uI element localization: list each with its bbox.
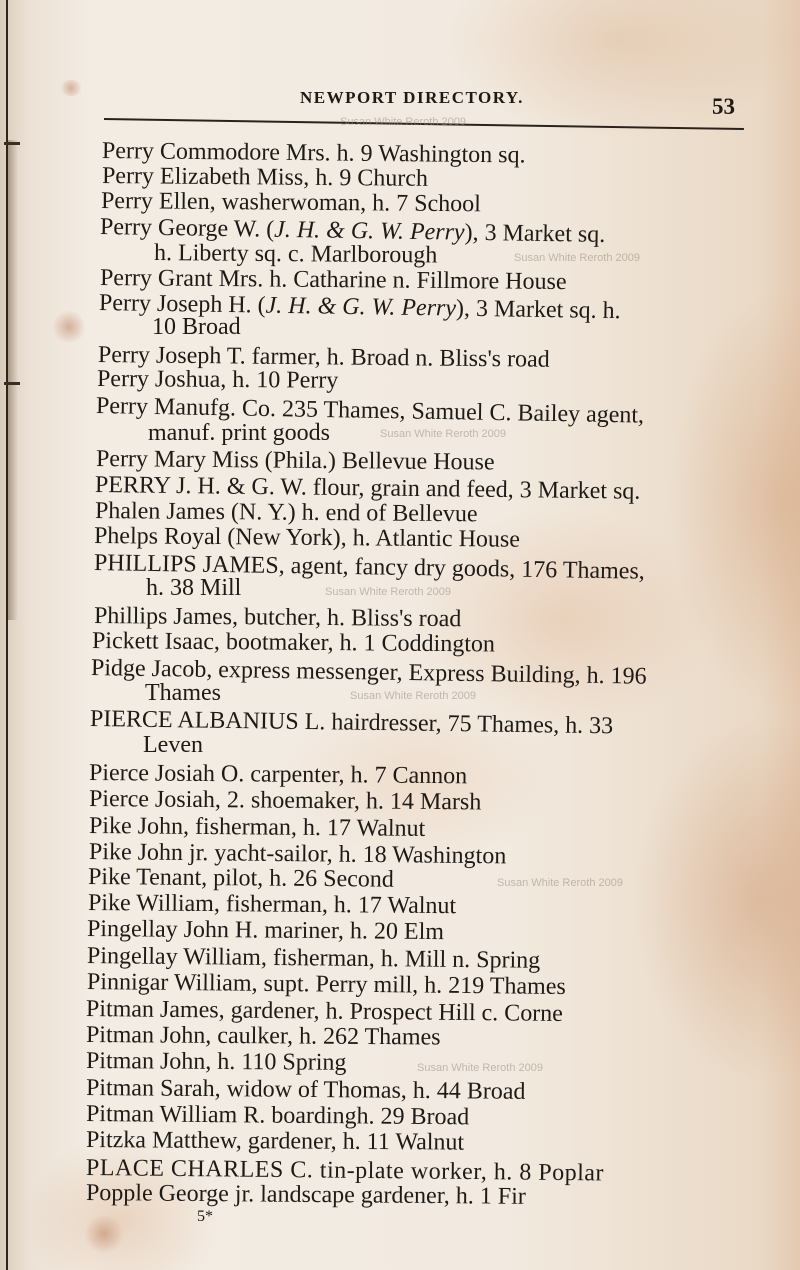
paper-stain xyxy=(52,310,86,344)
directory-entry: Pike William, fisherman, h. 17 Walnut xyxy=(88,890,456,919)
directory-entry: Phelps Royal (New York), h. Atlantic Hou… xyxy=(94,523,520,553)
running-head: NEWPORT DIRECTORY. xyxy=(300,88,524,108)
entry-continuation: Leven xyxy=(143,732,203,758)
directory-entry: Pitman William R. boardingh. 29 Broad xyxy=(86,1101,469,1130)
directory-entry: Perry Joshua, h. 10 Perry xyxy=(97,366,338,394)
entry-text: Perry George W. ( xyxy=(100,214,275,243)
binding-shadow xyxy=(8,140,18,620)
watermark: Susan White Reroth 2009 xyxy=(325,586,451,598)
entry-text: ), 3 Market sq. xyxy=(464,220,605,248)
directory-entry: Pike John, fisherman, h. 17 Walnut xyxy=(89,813,425,842)
binding-stitch xyxy=(4,382,20,385)
directory-entry: Pingellay John H. mariner, h. 20 Elm xyxy=(87,916,444,945)
firm-name: J. H. & G. W. Perry xyxy=(265,293,456,322)
signature-mark: 5* xyxy=(197,1208,213,1226)
binding-stitch xyxy=(4,142,20,145)
directory-entry: Pitman John, h. 110 Spring xyxy=(86,1048,347,1076)
directory-entry: Pike Tenant, pilot, h. 26 Second xyxy=(88,864,394,893)
directory-entry: Pickett Isaac, bootmaker, h. 1 Coddingto… xyxy=(92,628,495,658)
directory-entry: Pitzka Matthew, gardener, h. 11 Walnut xyxy=(86,1127,464,1156)
entry-continuation: 10 Broad xyxy=(152,314,241,340)
watermark: Susan White Reroth 2009 xyxy=(380,428,506,440)
paper-stain xyxy=(84,1214,124,1254)
entry-continuation: h. 38 Mill xyxy=(146,575,241,601)
directory-entry: Popple George jr. landscape gardener, h.… xyxy=(86,1180,526,1210)
directory-entry: Pierce Josiah, 2. shoemaker, h. 14 Marsh xyxy=(89,786,482,815)
directory-entry: Pitman John, caulker, h. 262 Thames xyxy=(86,1022,441,1050)
watermark: Susan White Reroth 2009 xyxy=(514,252,640,264)
directory-entry: Pinnigar William, supt. Perry mill, h. 2… xyxy=(87,969,566,1000)
directory-entry: Perry Mary Miss (Phila.) Bellevue House xyxy=(96,446,495,475)
entry-continuation: Thames xyxy=(145,680,221,706)
watermark: Susan White Reroth 2009 xyxy=(340,116,466,128)
directory-entry: Pitman Sarah, widow of Thomas, h. 44 Bro… xyxy=(86,1075,526,1105)
watermark: Susan White Reroth 2009 xyxy=(417,1062,543,1074)
entry-continuation: manuf. print goods xyxy=(148,420,330,446)
page-number: 53 xyxy=(712,94,735,120)
directory-entry: Perry Ellen, washerwoman, h. 7 School xyxy=(101,188,481,217)
entry-continuation: h. Liberty sq. c. Marlborough xyxy=(154,240,437,268)
paper-stain xyxy=(58,80,84,96)
directory-entry: Pierce Josiah O. carpenter, h. 7 Cannon xyxy=(89,760,467,789)
watermark: Susan White Reroth 2009 xyxy=(350,690,476,702)
watermark: Susan White Reroth 2009 xyxy=(497,877,623,889)
entry-text: ), 3 Market sq. h. xyxy=(456,296,621,325)
book-page: NEWPORT DIRECTORY. 53 Susan White Reroth… xyxy=(0,0,800,1270)
